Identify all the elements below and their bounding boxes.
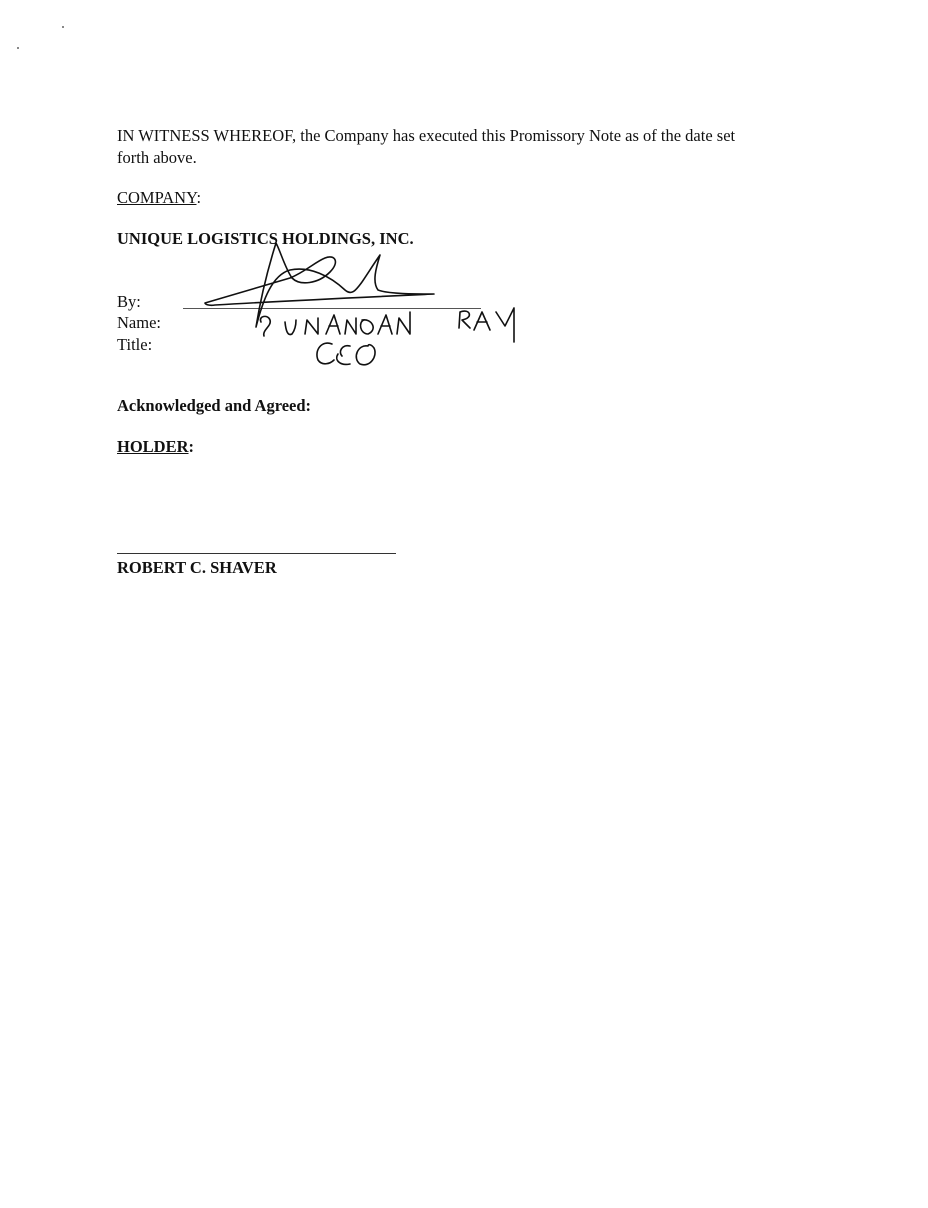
holder-signature-line (117, 553, 396, 554)
scan-speck (62, 26, 64, 28)
holder-name: ROBERT C. SHAVER (117, 557, 277, 579)
company-heading: COMPANY: (117, 187, 201, 209)
company-name: UNIQUE LOGISTICS HOLDINGS, INC. (117, 228, 414, 250)
witness-clause-line-2: forth above. (117, 147, 197, 169)
scan-speck (17, 47, 19, 49)
holder-heading: HOLDER: (117, 436, 194, 458)
company-signature-handwriting (0, 0, 928, 1208)
holder-label: HOLDER (117, 437, 189, 456)
document-page: IN WITNESS WHEREOF, the Company has exec… (0, 0, 928, 1208)
company-label: COMPANY (117, 188, 197, 207)
holder-label-colon: : (189, 437, 195, 456)
witness-clause-line-1: IN WITNESS WHEREOF, the Company has exec… (117, 125, 735, 147)
acknowledged-and-agreed: Acknowledged and Agreed: (117, 395, 311, 417)
company-signature-line (183, 308, 481, 309)
company-label-colon: : (197, 188, 202, 207)
name-label: Name: (117, 312, 161, 334)
title-label: Title: (117, 334, 152, 356)
by-label: By: (117, 291, 141, 313)
